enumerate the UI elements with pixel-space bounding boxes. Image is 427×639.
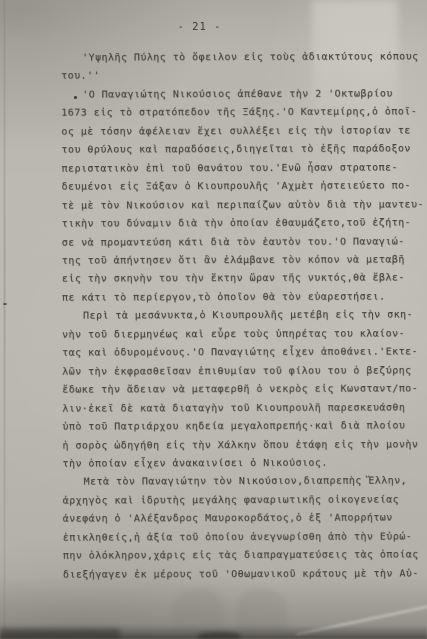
text-line: 1673 εἰς τὸ στρατόπεδον τῆς Ξάξης.'Ο Καν… (61, 104, 423, 124)
text-line: διεξήγαγεν ἐκ μέρους τοῦ 'Οθωμανικοῦ κρά… (63, 565, 425, 585)
ink-speck-left-margin (3, 303, 7, 305)
text-line: δευμένοι εἰς Ξάξαν ὁ Κιουπρουλῆς 'Αχμὲτ … (62, 178, 424, 198)
text-line: του.'' (61, 67, 423, 87)
scanned-page: - 21 - 'Υψηλῆς Πύλης τὸ ὄφειλον εἰς τοὺς… (0, 0, 427, 639)
text-line: τὲ μὲ τὸν Νικούσιον καὶ περιπαίζων αὐτὸν… (62, 196, 424, 216)
text-line: ἀνεφάνη ὁ 'Αλέξανδρος Μαυροκορδάτος,ὁ ἐξ… (63, 510, 425, 530)
text-line: πε κάτι τὸ περίεργον,τὸ ὁποῖον θὰ τὸν εὐ… (62, 288, 424, 308)
scan-shadow-blob (198, 632, 240, 639)
text-line: ος μὲ τόσην ἀφέλειαν ἔχει συλλέξει εἰς τ… (61, 122, 423, 142)
text-line: ἐπικληθείς,ἡ ἀξία τοῦ ὁποίου ἀνεγνωρίσθη… (63, 528, 425, 548)
text-line: λῶν τὴν ἐκφρασθεῖσαν ἐπιθυμίαν τοῦ φίλου… (62, 362, 424, 382)
text-line: τικὴν του δύναμιν διὰ τὴν ὁποίαν ἐθαυμάζ… (62, 214, 424, 234)
text-line: της τοῦ ἀπήντησεν ὅτι ἂν ἐλάμβανε τὸν κό… (62, 251, 424, 271)
text-line: 'Ο Παναγιώτης Νικούσιος ἀπέθανε τὴν 2 'Ο… (61, 85, 423, 105)
text-line: 'Υψηλῆς Πύλης τὸ ὄφειλον εἰς τοὺς ἀδιακτ… (61, 48, 423, 68)
text-line: Περὶ τὰ μεσάνυκτα,ὁ Κιουπρουλῆς μετέβη ε… (62, 307, 424, 327)
text-line: τὴν ὁποίαν εἶχεν ἀνακαινίσει ὁ Νικούσιος… (62, 454, 424, 474)
text-line: ἔδωκε τὴν ἄδειαν νὰ μεταφερθῆ ὁ νεκρὸς ε… (62, 381, 424, 401)
paper-crease-left (4, 0, 5, 630)
text-line: ὑπὸ τοῦ Πατριάρχου κηδεία μεγαλοπρεπής·κ… (62, 417, 424, 437)
page-number: - 21 - (0, 21, 413, 33)
text-line: λιν·ἐκεῖ δὲ κατὰ διαταγὴν τοῦ Κιουπρουλῆ… (62, 399, 424, 419)
document-text: 'Υψηλῆς Πύλης τὸ ὄφειλον εἰς τοὺς ἀδιακτ… (61, 48, 425, 584)
text-line: εἰς τὴν σκηνὴν του τὴν ἕκτην ὥραν τῆς νυ… (62, 270, 424, 290)
text-line: νὴν τοῦ διερμηνέως καὶ εὗρε τοὺς ὑπηρέτα… (62, 325, 424, 345)
scan-shadow-bottom-left (0, 629, 120, 639)
text-line: του θρύλους καὶ παραδόσεις,διηγεῖται τὸ … (61, 141, 423, 161)
text-line: ἀρχηγὸς καὶ ἱδρυτὴς μεγάλης φαναριωτικῆς… (63, 491, 425, 511)
text-line: περιστατικὸν ἐπὶ τοῦ θανάτου του.'Ενῶ ἦσ… (61, 159, 423, 179)
text-line: τας καὶ ὀδυρομένους.'Ο Παναγιώτης εἶχεν … (62, 344, 424, 364)
text-line: ἡ σορὸς ὡδηγήθη εἰς τὴν Χάλκην ὅπου ἐτάφ… (62, 436, 424, 456)
text-line: σε νὰ προμαντεύση κάτι διὰ τὸν ἑαυτὸν το… (62, 233, 424, 253)
text-line: Μετὰ τὸν Παναγιώτην τὸν Νικούσιον,διαπρε… (63, 473, 425, 493)
text-line: πην ὁλόκληρον,χάρις εἰς τὰς διαπραγματεύ… (63, 547, 425, 567)
